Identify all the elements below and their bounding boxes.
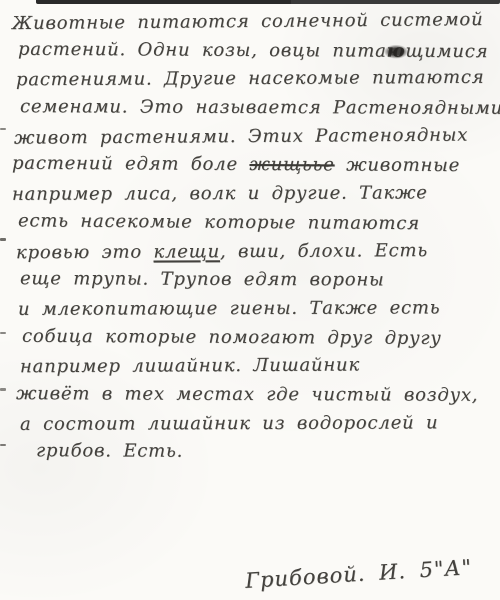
handwritten-line: растений. Одни козы, овцы питающимися (18, 35, 496, 66)
line-text: растений. Одни козы, овцы пита (18, 38, 387, 61)
scan-mark-artifact (0, 388, 6, 391)
line-text: , вши, блохи. Есть (220, 240, 428, 262)
underlined-word: клещи (153, 241, 220, 262)
handwritten-line: собица которые помогают друг другу (22, 322, 496, 353)
scan-mark-artifact (0, 238, 6, 241)
handwritten-line: например лиса, волк и другие. Также (12, 179, 496, 209)
struck-word: жищьье (249, 154, 334, 175)
signature: Грибовой. И. 5"А" (244, 555, 472, 593)
scan-mark-artifact (0, 332, 6, 334)
handwritten-line: и млекопитающие гиены. Также есть (18, 294, 496, 324)
line-text: растений едят боле (12, 153, 250, 175)
line-text: животные (335, 155, 461, 177)
scan-edge-artifact (36, 0, 500, 4)
handwritten-line: а состоит лишайник из водорослей и (20, 409, 496, 439)
handwritten-line: растениями. Другие насекомые питаются (16, 64, 496, 95)
handwritten-line: растений едят боле жищьье животные (12, 150, 496, 181)
handwritten-line: грибов. Есть. (36, 438, 496, 468)
handwritten-line: семенами. Это называется Растеноядными (20, 93, 496, 123)
line-text: кровью это (16, 241, 154, 263)
ink-blot-correction: ю (387, 40, 406, 61)
line-text: щимися (405, 40, 488, 61)
handwritten-line: например лишайник. Лишайник (20, 351, 496, 382)
handwritten-page: Животные питаются солнечной системой рас… (0, 0, 500, 600)
handwritten-line: есть насекомые которые питаются (18, 207, 496, 239)
note-text: Животные питаются солнечной системой рас… (10, 8, 496, 467)
handwritten-line: кровью это клещи, вши, блохи. Есть (16, 236, 496, 267)
scan-mark-artifact (0, 444, 6, 446)
handwritten-line: живот растениями. Этих Растеноядных (14, 121, 496, 153)
handwritten-line: Животные питаются солнечной системой (12, 6, 496, 39)
scan-mark-artifact (0, 128, 6, 130)
handwritten-line: еще трупы. Трупов едят вороны (20, 265, 496, 295)
handwritten-line: живёт в тех местах где чистый воздух, (16, 380, 496, 410)
